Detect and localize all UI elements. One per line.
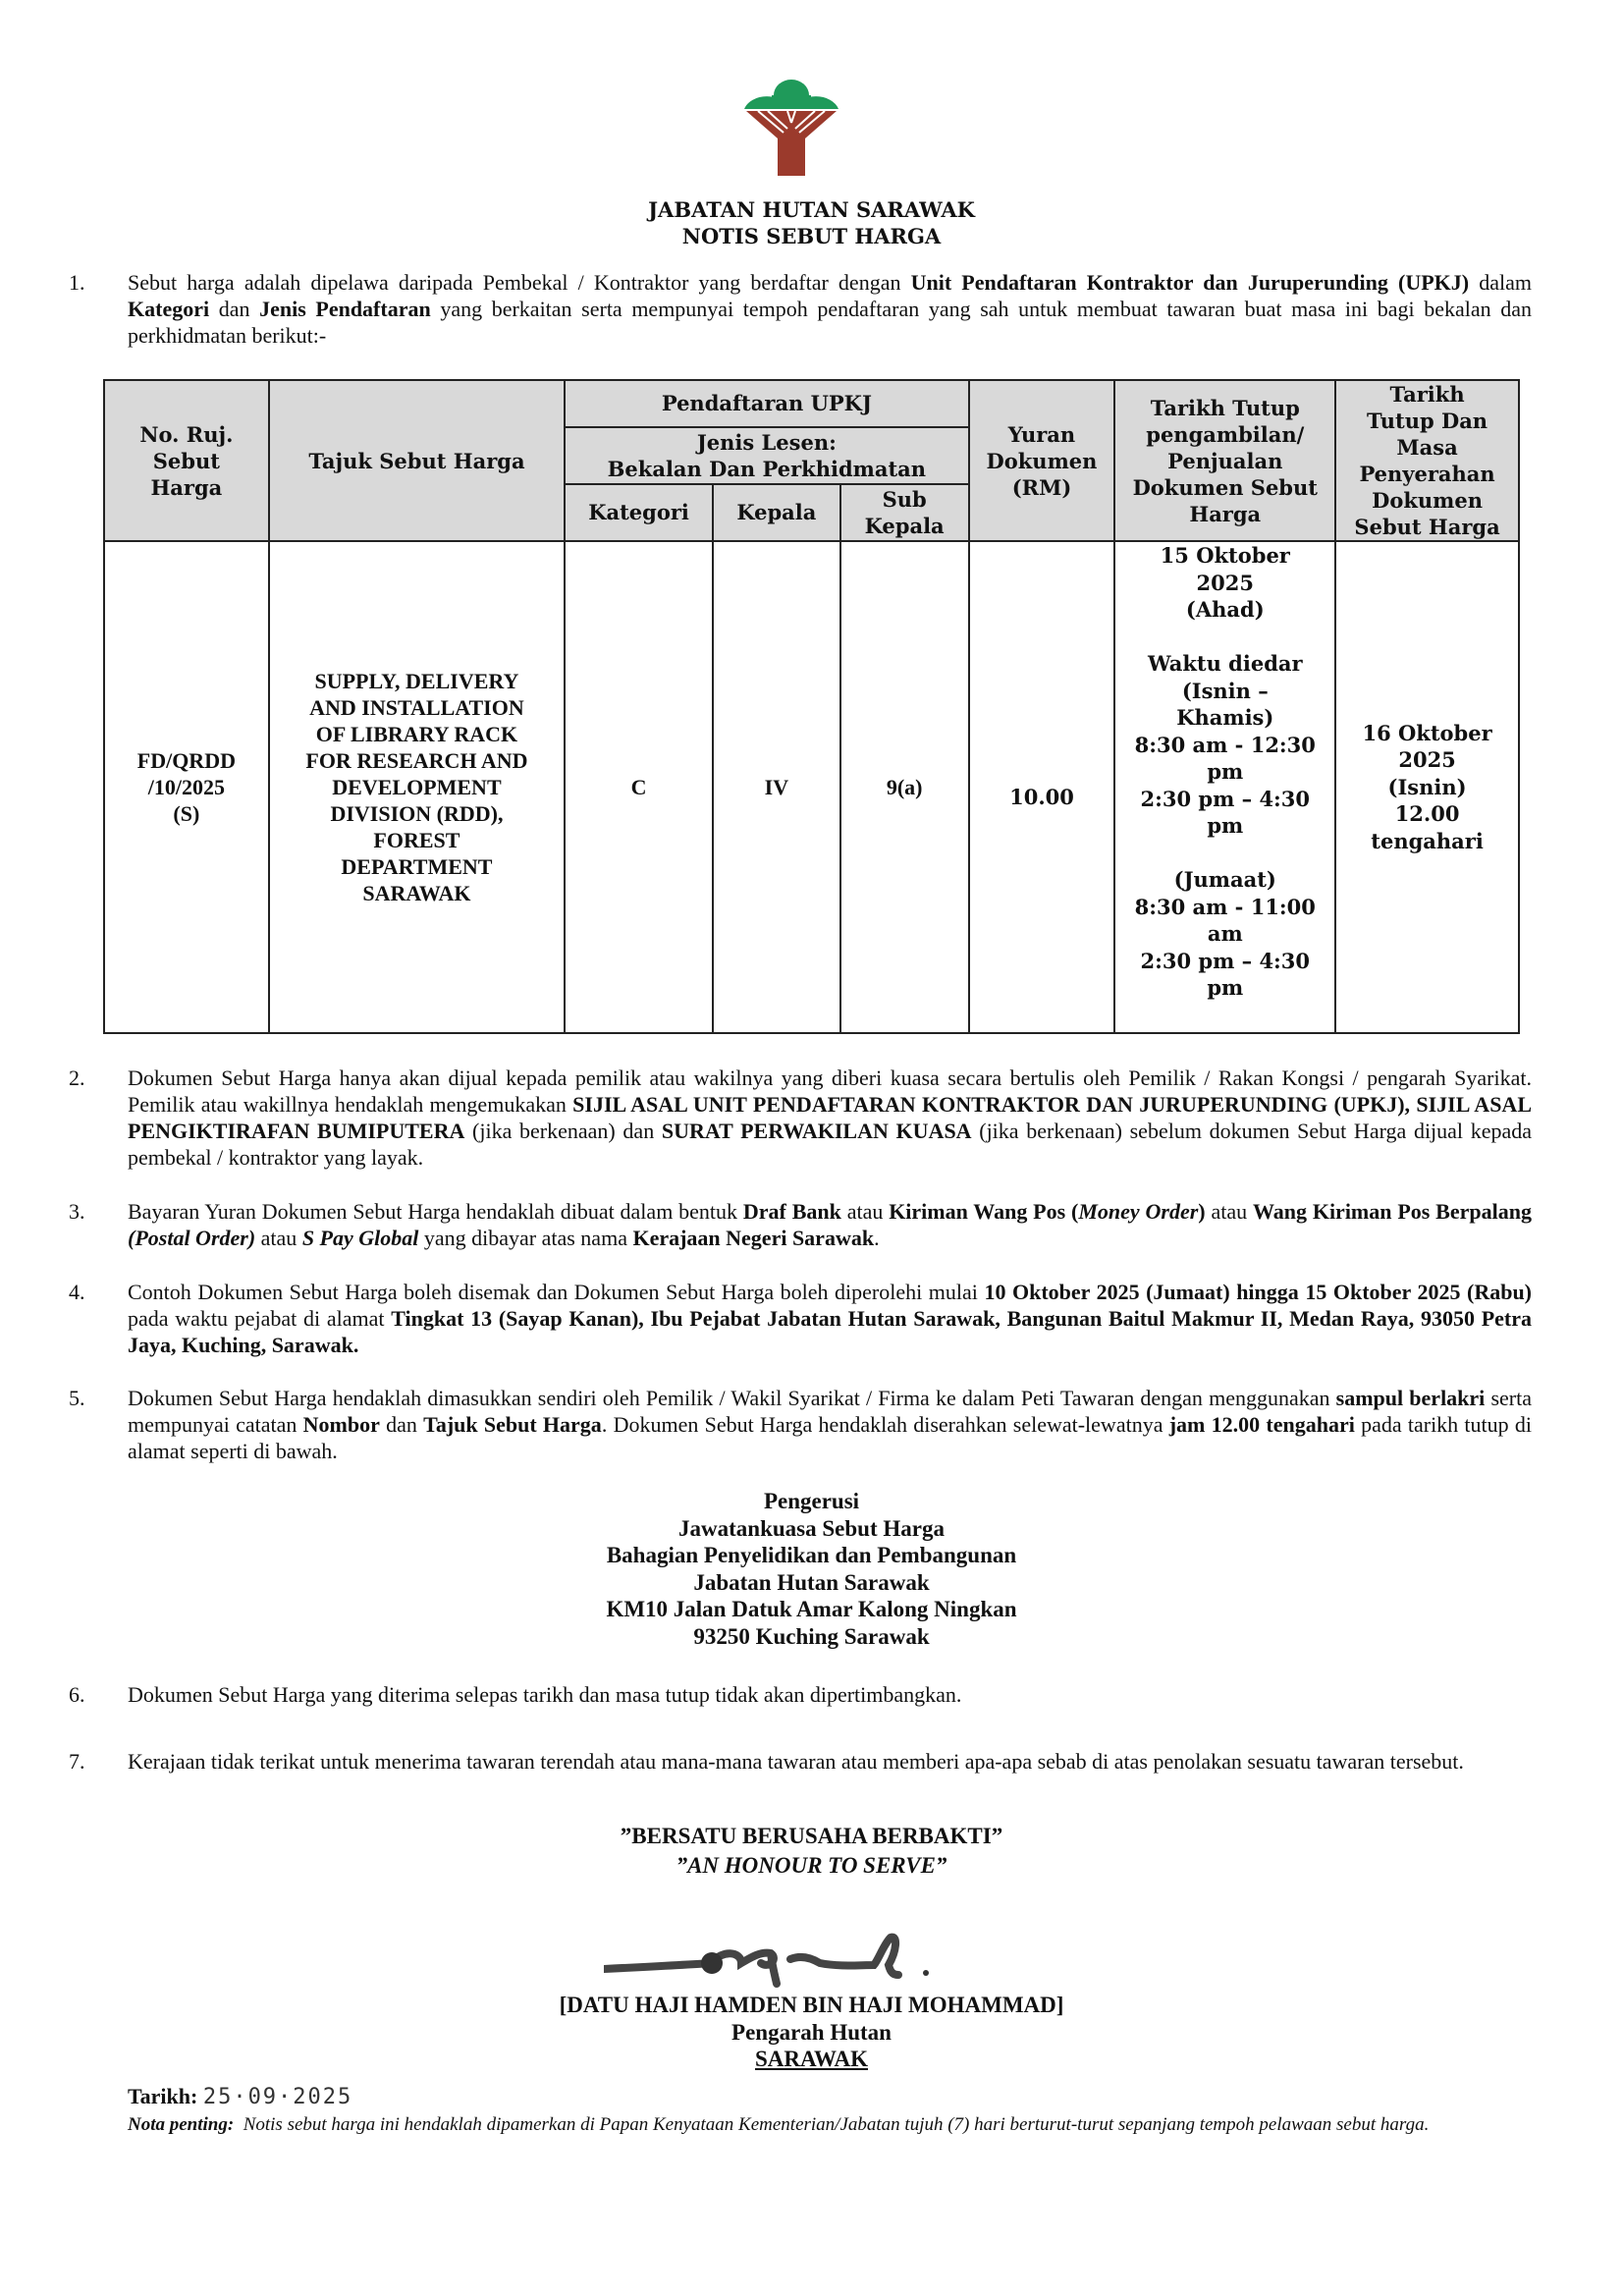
item-number: 1.	[69, 269, 85, 296]
date-value: 25·09·2025	[203, 2085, 352, 2109]
note-text: Notis sebut harga ini hendaklah dipamerk…	[243, 2114, 1430, 2135]
paragraph-1: Sebut harga adalah dipelawa daripada Pem…	[128, 269, 1532, 349]
organization-name: JABATAN HUTAN SARAWAK	[0, 196, 1623, 223]
motto-english: ”AN HONOUR TO SERVE”	[0, 1851, 1623, 1881]
motto: ”BERSATU BERUSAHA BERBAKTI” ”AN HONOUR T…	[0, 1822, 1623, 1881]
date-line: Tarikh: 25·09·2025	[128, 2084, 352, 2109]
tree-logo-icon	[744, 74, 839, 177]
cell-closing-collection: 15 Oktober2025(Ahad) Waktu diedar(Isnin …	[1114, 541, 1335, 1033]
header-license: Jenis Lesen:Bekalan Dan Perkhidmatan	[565, 427, 968, 484]
header-title: Tajuk Sebut Harga	[269, 380, 565, 541]
item-number: 2.	[69, 1065, 85, 1091]
header-head: Kepala	[713, 484, 840, 541]
item-number: 6.	[69, 1681, 85, 1708]
cell-category: C	[565, 541, 713, 1033]
header-closing-collection: Tarikh Tutuppengambilan/PenjualanDokumen…	[1114, 380, 1335, 541]
header-ref-no: No. Ruj.SebutHarga	[104, 380, 269, 541]
item-number: 7.	[69, 1748, 85, 1775]
table-row: FD/QRDD/10/2025(S) SUPPLY, DELIVERYAND I…	[104, 541, 1519, 1033]
document-title: NOTIS SEBUT HARGA	[0, 223, 1623, 249]
header-subhead: SubKepala	[840, 484, 969, 541]
signatory-name: [DATU HAJI HAMDEN BIN HAJI MOHAMMAD]	[0, 1992, 1623, 2019]
header-category: Kategori	[565, 484, 713, 541]
paragraph-3: Bayaran Yuran Dokumen Sebut Harga hendak…	[128, 1198, 1532, 1251]
header-closing-submission: TarikhTutup DanMasaPenyerahanDokumenSebu…	[1335, 380, 1519, 541]
paragraph-4: Contoh Dokumen Sebut Harga boleh disemak…	[128, 1279, 1532, 1358]
quotation-table: No. Ruj.SebutHarga Tajuk Sebut Harga Pen…	[103, 379, 1520, 1034]
signatory-state: SARAWAK	[755, 2047, 868, 2071]
cell-subhead: 9(a)	[840, 541, 969, 1033]
paragraph-2: Dokumen Sebut Harga hanya akan dijual ke…	[128, 1065, 1532, 1171]
cell-title: SUPPLY, DELIVERYAND INSTALLATIONOF LIBRA…	[269, 541, 565, 1033]
committee-address: Pengerusi Jawatankuasa Sebut Harga Bahag…	[0, 1488, 1623, 1650]
note-label: Nota penting:	[128, 2114, 234, 2135]
cell-ref-no: FD/QRDD/10/2025(S)	[104, 541, 269, 1033]
cell-head: IV	[713, 541, 840, 1033]
header-fee: YuranDokumen(RM)	[969, 380, 1115, 541]
signatory-block: [DATU HAJI HAMDEN BIN HAJI MOHAMMAD] Pen…	[0, 1992, 1623, 2073]
paragraph-5: Dokumen Sebut Harga hendaklah dimasukkan…	[128, 1385, 1532, 1464]
item-number: 5.	[69, 1385, 85, 1411]
paragraph-7: Kerajaan tidak terikat untuk menerima ta…	[128, 1748, 1532, 1775]
date-label: Tarikh:	[128, 2084, 197, 2108]
cell-fee: 10.00	[969, 541, 1115, 1033]
item-number: 4.	[69, 1279, 85, 1305]
document-header: JABATAN HUTAN SARAWAK NOTIS SEBUT HARGA	[0, 196, 1623, 249]
paragraph-6: Dokumen Sebut Harga yang diterima selepa…	[128, 1681, 1532, 1708]
header-upkj: Pendaftaran UPKJ	[565, 380, 968, 427]
motto-malay: ”BERSATU BERUSAHA BERBAKTI”	[0, 1822, 1623, 1851]
signatory-position: Pengarah Hutan	[0, 2019, 1623, 2047]
item-number: 3.	[69, 1198, 85, 1225]
signature-icon	[604, 1930, 938, 1989]
important-note: Nota penting: Notis sebut harga ini hend…	[128, 2111, 1522, 2138]
cell-closing-submission: 16 Oktober2025(Isnin)12.00tengahari	[1335, 541, 1519, 1033]
